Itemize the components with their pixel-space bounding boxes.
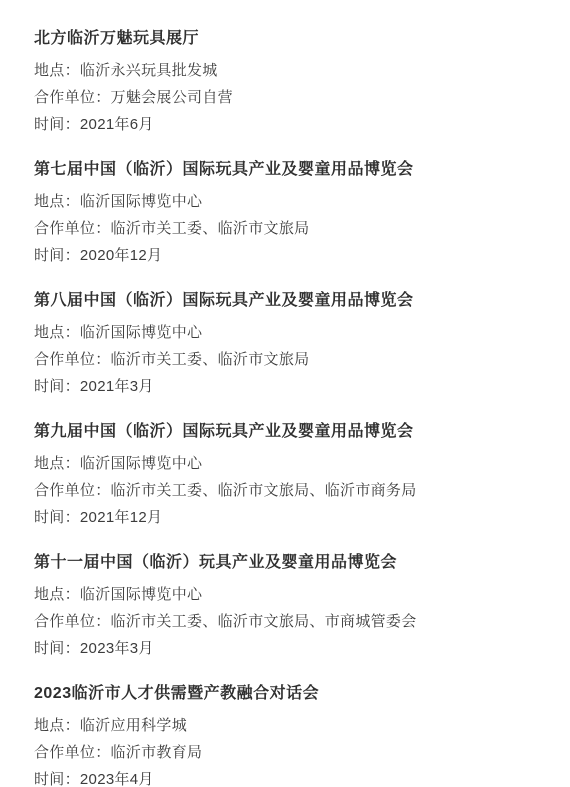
- event-time-line: 时间：2023年3月: [34, 635, 540, 662]
- location-value: 临沂国际博览中心: [80, 455, 202, 472]
- event-block: 2023临沂市人才供需暨产教融合对话会 地点：临沂应用科学城 合作单位：临沂市教…: [34, 681, 540, 787]
- location-label: 地点：: [34, 455, 80, 472]
- time-label: 时间：: [34, 771, 80, 787]
- event-partner-line: 合作单位：临沂市关工委、临沂市文旅局: [34, 346, 540, 373]
- time-value: 2020年12月: [80, 247, 162, 264]
- partner-value: 临沂市关工委、临沂市文旅局: [111, 220, 310, 237]
- partner-label: 合作单位：: [34, 482, 111, 499]
- event-title: 第七届中国（临沂）国际玩具产业及婴童用品博览会: [34, 157, 540, 183]
- event-time-line: 时间：2021年3月: [34, 373, 540, 400]
- time-value: 2021年6月: [80, 116, 154, 133]
- partner-label: 合作单位：: [34, 613, 111, 630]
- event-title: 第八届中国（临沂）国际玩具产业及婴童用品博览会: [34, 288, 540, 314]
- partner-label: 合作单位：: [34, 351, 111, 368]
- partner-label: 合作单位：: [34, 744, 111, 761]
- event-time-line: 时间：2020年12月: [34, 242, 540, 269]
- event-partner-line: 合作单位：万魅会展公司自营: [34, 84, 540, 111]
- event-title: 2023临沂市人才供需暨产教融合对话会: [34, 681, 540, 707]
- event-block: 第九届中国（临沂）国际玩具产业及婴童用品博览会 地点：临沂国际博览中心 合作单位…: [34, 419, 540, 531]
- time-value: 2021年3月: [80, 378, 154, 395]
- event-location-line: 地点：临沂永兴玩具批发城: [34, 57, 540, 84]
- event-block: 第八届中国（临沂）国际玩具产业及婴童用品博览会 地点：临沂国际博览中心 合作单位…: [34, 288, 540, 400]
- event-list: 北方临沂万魅玩具展厅 地点：临沂永兴玩具批发城 合作单位：万魅会展公司自营 时间…: [0, 0, 570, 787]
- event-block: 第七届中国（临沂）国际玩具产业及婴童用品博览会 地点：临沂国际博览中心 合作单位…: [34, 157, 540, 269]
- partner-value: 临沂市关工委、临沂市文旅局、市商城管委会: [111, 613, 417, 630]
- event-partner-line: 合作单位：临沂市关工委、临沂市文旅局: [34, 215, 540, 242]
- partner-value: 临沂市关工委、临沂市文旅局: [111, 351, 310, 368]
- time-value: 2021年12月: [80, 509, 162, 526]
- location-value: 临沂国际博览中心: [80, 193, 202, 210]
- event-location-line: 地点：临沂国际博览中心: [34, 450, 540, 477]
- time-value: 2023年3月: [80, 640, 154, 657]
- location-value: 临沂应用科学城: [80, 717, 187, 734]
- location-label: 地点：: [34, 193, 80, 210]
- partner-label: 合作单位：: [34, 89, 111, 106]
- event-partner-line: 合作单位：临沂市教育局: [34, 739, 540, 766]
- event-partner-line: 合作单位：临沂市关工委、临沂市文旅局、临沂市商务局: [34, 477, 540, 504]
- location-value: 临沂国际博览中心: [80, 586, 202, 603]
- time-label: 时间：: [34, 247, 80, 264]
- location-value: 临沂永兴玩具批发城: [80, 62, 218, 79]
- location-label: 地点：: [34, 586, 80, 603]
- event-block: 北方临沂万魅玩具展厅 地点：临沂永兴玩具批发城 合作单位：万魅会展公司自营 时间…: [34, 26, 540, 138]
- location-value: 临沂国际博览中心: [80, 324, 202, 341]
- partner-label: 合作单位：: [34, 220, 111, 237]
- partner-value: 万魅会展公司自营: [111, 89, 233, 106]
- location-label: 地点：: [34, 717, 80, 734]
- event-block: 第十一届中国（临沂）玩具产业及婴童用品博览会 地点：临沂国际博览中心 合作单位：…: [34, 550, 540, 662]
- event-location-line: 地点：临沂应用科学城: [34, 712, 540, 739]
- location-label: 地点：: [34, 62, 80, 79]
- partner-value: 临沂市教育局: [111, 744, 203, 761]
- partner-value: 临沂市关工委、临沂市文旅局、临沂市商务局: [111, 482, 417, 499]
- event-title: 第九届中国（临沂）国际玩具产业及婴童用品博览会: [34, 419, 540, 445]
- event-time-line: 时间：2021年6月: [34, 111, 540, 138]
- event-title: 第十一届中国（临沂）玩具产业及婴童用品博览会: [34, 550, 540, 576]
- location-label: 地点：: [34, 324, 80, 341]
- event-title: 北方临沂万魅玩具展厅: [34, 26, 540, 52]
- time-label: 时间：: [34, 116, 80, 133]
- event-location-line: 地点：临沂国际博览中心: [34, 319, 540, 346]
- event-time-line: 时间：2023年4月: [34, 766, 540, 787]
- time-label: 时间：: [34, 640, 80, 657]
- event-location-line: 地点：临沂国际博览中心: [34, 188, 540, 215]
- time-label: 时间：: [34, 378, 80, 395]
- time-label: 时间：: [34, 509, 80, 526]
- event-location-line: 地点：临沂国际博览中心: [34, 581, 540, 608]
- event-time-line: 时间：2021年12月: [34, 504, 540, 531]
- time-value: 2023年4月: [80, 771, 154, 787]
- event-partner-line: 合作单位：临沂市关工委、临沂市文旅局、市商城管委会: [34, 608, 540, 635]
